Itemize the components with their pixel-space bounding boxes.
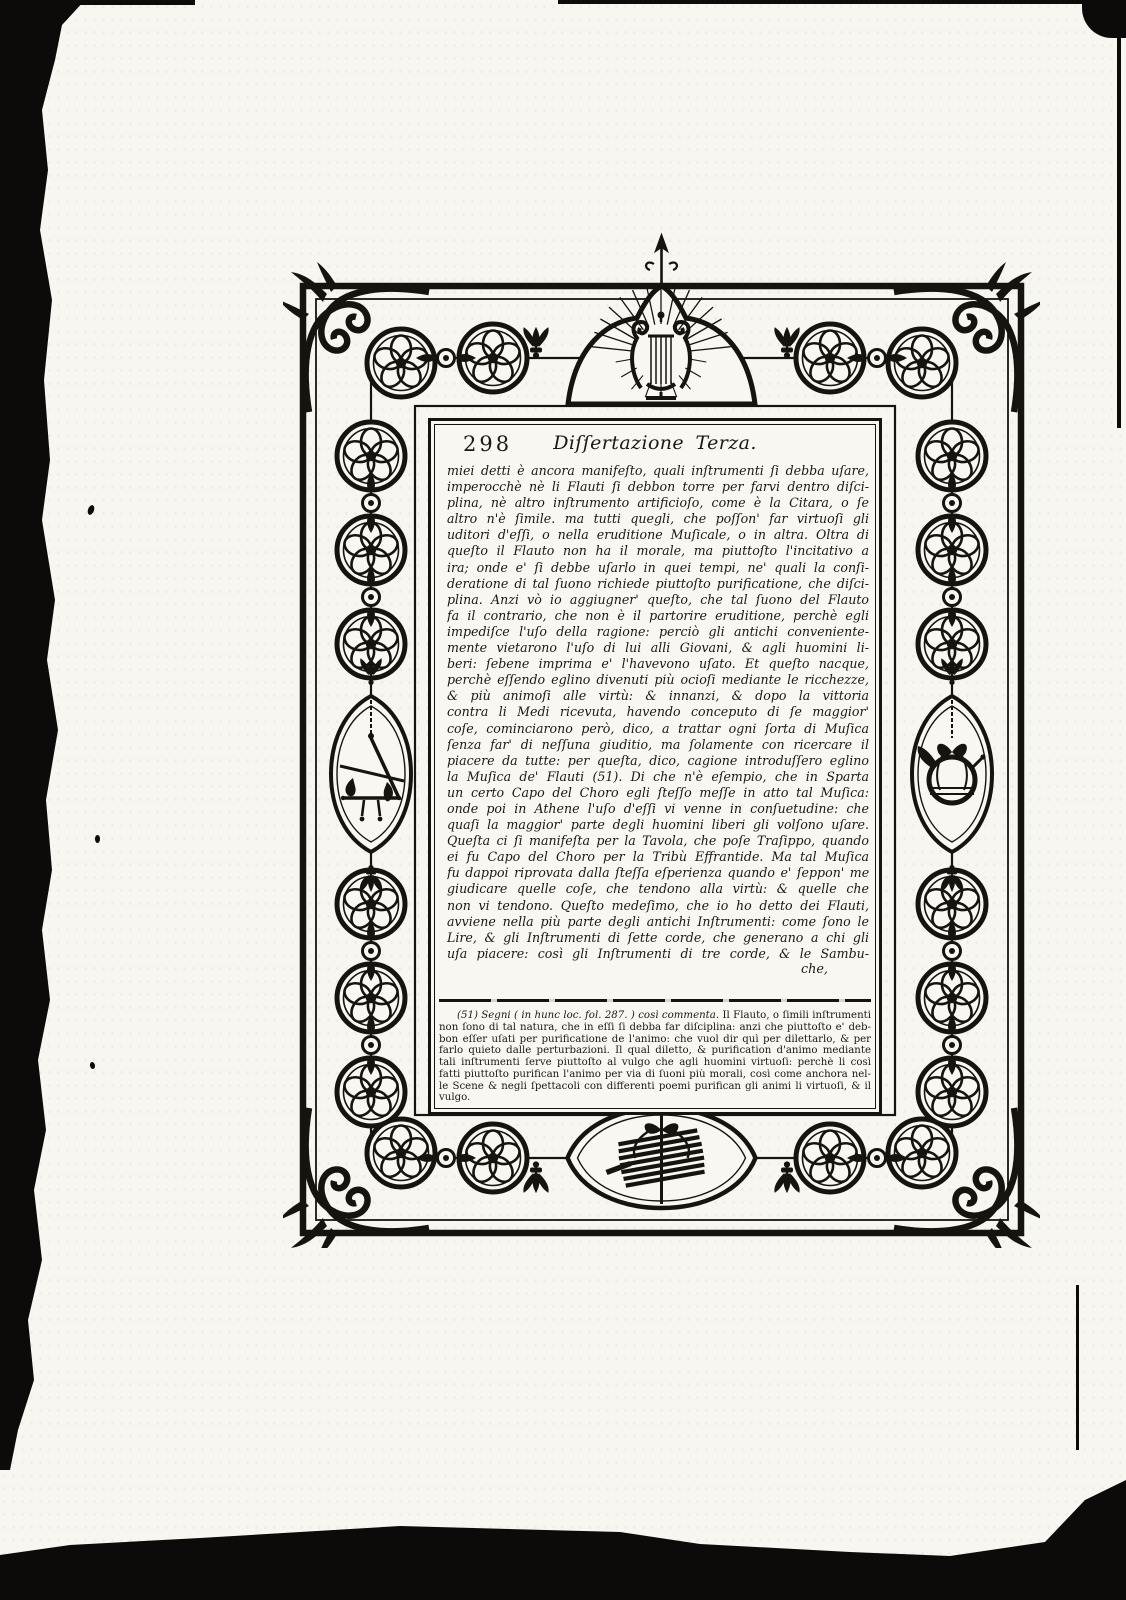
footnote-line: bon eſſer uſati per purificatione de l'a… xyxy=(439,1034,871,1046)
eye-link-icon xyxy=(416,1150,476,1167)
pan-pipes-icon xyxy=(568,1108,756,1208)
body-line: non vi tendono. Queſto medeſimo, che io … xyxy=(447,898,869,914)
hunting-horn-icon xyxy=(912,696,992,852)
body-line: quaſi la maggior' parte degli huomini li… xyxy=(447,817,869,833)
quill-icon xyxy=(606,1161,632,1175)
rosette-icon xyxy=(916,608,988,680)
tulip-icon xyxy=(775,1162,799,1192)
body-line: un certo Capo del Choro egli ſteſſo meſſ… xyxy=(447,785,869,801)
pediment-cartouche xyxy=(568,286,755,404)
eye-link-icon xyxy=(363,1015,380,1075)
eye-link-icon xyxy=(944,921,961,981)
eye-link-icon xyxy=(363,921,380,981)
rosette-icon xyxy=(457,322,529,394)
rosette-icon xyxy=(916,1056,988,1128)
footnote-line: le Scene & negli ſpettacoli con differen… xyxy=(439,1081,871,1093)
rosette-icon xyxy=(916,868,988,940)
rosette-icon xyxy=(335,962,407,1034)
scan-edge-mark xyxy=(0,0,195,5)
scan-edge-mark xyxy=(558,0,1126,4)
text-panel-inner: 298 Diſſertazione Terza. miei detti è an… xyxy=(434,424,876,1109)
rosette-icon xyxy=(916,962,988,1034)
page-number: 298 xyxy=(463,432,512,456)
rosette-icon xyxy=(335,1056,407,1128)
footnote-lines: non ſono di tal natura, che in eſſi ſi d… xyxy=(439,1022,871,1105)
body-line: altro n'è ſimile. ma tutti quegli, che p… xyxy=(447,511,869,527)
body-line: fu dappoi riprovata dalla ſteſſa eſperie… xyxy=(447,865,869,881)
rosette-icon xyxy=(365,327,437,399)
book-gutter-shadow xyxy=(0,0,100,1470)
body-line: ei fu Capo del Choro per la Tribù Effran… xyxy=(447,849,869,865)
body-line: impediſce l'uſo della ragione: perciò gl… xyxy=(447,624,869,640)
text-panel: 298 Diſſertazione Terza. miei detti è an… xyxy=(428,418,882,1115)
ink-speck xyxy=(86,504,95,515)
tulip-icon xyxy=(775,328,799,358)
scan-bottom-shadow xyxy=(0,1480,1126,1600)
footnote-line: (51) Segni ( in hunc loc. fol. 287. ) co… xyxy=(439,1010,871,1022)
rosette-icon xyxy=(886,1117,958,1189)
body-line: onde poi in Athene l'uſo d'eſſi vi venne… xyxy=(447,801,869,817)
eye-link-icon xyxy=(944,473,961,533)
body-line: plina, nè altro inſtrumento artificioſo,… xyxy=(447,495,869,511)
body-line: giudicare quelle coſe, che tendono alla … xyxy=(447,881,869,897)
footnote-line: non ſono di tal natura, che in eſſi ſi d… xyxy=(439,1022,871,1034)
rosette-icon xyxy=(886,327,958,399)
body-line: queſto il Flauto non ha il morale, ma pi… xyxy=(447,543,869,559)
lyre-icon xyxy=(632,312,690,399)
rosette-icon xyxy=(335,608,407,680)
rosette-icon xyxy=(335,420,407,492)
footnote-line: fatti piuttoſto purifican l'animo per vi… xyxy=(439,1069,871,1081)
rosette-icon xyxy=(916,514,988,586)
ink-speck xyxy=(89,1061,96,1069)
eye-link-icon xyxy=(363,567,380,627)
footnote-line: vulgo. xyxy=(439,1092,871,1104)
eye-link-icon xyxy=(363,473,380,533)
page-edge-line xyxy=(1117,28,1121,428)
body-line: uſa piacere: così gli Inſtrumenti di tre… xyxy=(447,946,869,962)
rosette-icon xyxy=(794,1122,866,1194)
corner-scroll-icon xyxy=(894,1108,1040,1248)
body-line: plina. Anzi vò io aggiugner' queſto, che… xyxy=(447,592,869,608)
body-line: beri: ſebene imprima e' l'havevono uſato… xyxy=(447,656,869,672)
body-line: fa il contrario, che non è il partorire … xyxy=(447,608,869,624)
body-line: coſe, cominciarono però, dico, a trattar… xyxy=(447,721,869,737)
body-line: uditori d'eſſi, o nella eruditione Muſic… xyxy=(447,527,869,543)
footnote-line: tali inſtrumenti ſerve piuttoſto al vulg… xyxy=(439,1057,871,1069)
eye-link-icon xyxy=(416,350,476,367)
footnote-line: farlo quieto dalle perturbazioni. Il qua… xyxy=(439,1045,871,1057)
eye-link-icon xyxy=(944,567,961,627)
tulip-icon xyxy=(361,865,382,891)
corner-scroll-icon xyxy=(894,262,1040,412)
catchword: che, xyxy=(435,962,875,978)
triangle-instrument-icon xyxy=(331,696,411,852)
tulip-icon xyxy=(942,865,963,891)
rosette-icon xyxy=(916,420,988,492)
footnote-rule xyxy=(439,999,871,1002)
rosette-icon xyxy=(457,1122,529,1194)
body-line: miei detti è ancora manifeſto, quali inſ… xyxy=(447,463,869,479)
body-line: contra li Medi ricevuta, havendo concepu… xyxy=(447,704,869,720)
tulip-icon xyxy=(361,659,382,685)
tulip-icon xyxy=(942,659,963,685)
corner-scroll-icon xyxy=(283,262,429,412)
rosette-icon xyxy=(365,1117,437,1189)
corner-scroll-icon xyxy=(283,1108,429,1248)
body-line: mente vietarono l'uſo di lui alli Giovan… xyxy=(447,640,869,656)
footnote: (51) Segni ( in hunc loc. fol. 287. ) co… xyxy=(435,1010,875,1104)
footnote-text: Il Flauto, o ſimili inſtrumenti xyxy=(719,1010,871,1021)
eye-link-icon xyxy=(847,1150,907,1167)
book-page-scan: { "page": { "number": "298", "header_tit… xyxy=(0,0,1126,1600)
body-line: Queſta ci ſi manifeſta per la Tavola, ch… xyxy=(447,833,869,849)
eye-link-icon xyxy=(847,350,907,367)
running-header: 298 Diſſertazione Terza. xyxy=(435,432,875,460)
body-line: perchè eſſendo eglino divenuti più ocioſ… xyxy=(447,672,869,688)
footnote-citation: (51) Segni ( in hunc loc. fol. 287. ) co… xyxy=(457,1010,719,1021)
rosette-icon xyxy=(335,868,407,940)
sunburst-icon xyxy=(591,284,730,400)
body-line: la Muſica de' Flauti (51). Di che n'è eſ… xyxy=(447,769,869,785)
body-line: & più animoſi alle virtù: & innanzi, & d… xyxy=(447,688,869,704)
body-line: deratione di tal ſuono richiede piuttoſt… xyxy=(447,576,869,592)
tulip-icon xyxy=(524,1162,548,1192)
page-edge-line xyxy=(1076,1285,1079,1450)
body-line: piacere da tutte: per queſta, dico, cagi… xyxy=(447,753,869,769)
body-line: ſenza far' di neſſuna giuditio, ma ſolam… xyxy=(447,737,869,753)
tulip-icon xyxy=(524,328,548,358)
body-line: imperocchè nè li Flauti ſi debbon torre … xyxy=(447,479,869,495)
body-line: Lire, & gli Inſtrumenti di ſette corde, … xyxy=(447,930,869,946)
rosette-icon xyxy=(335,514,407,586)
body-line: avviene nella più parte degli antichi In… xyxy=(447,914,869,930)
finial-icon xyxy=(646,234,677,286)
body-text: miei detti è ancora manifeſto, quali inſ… xyxy=(435,463,875,962)
rosette-icon xyxy=(794,322,866,394)
eye-link-icon xyxy=(944,1015,961,1075)
body-line: ira; onde e' ſi debbe uſarlo in quei tem… xyxy=(447,560,869,576)
ink-speck xyxy=(95,835,100,843)
